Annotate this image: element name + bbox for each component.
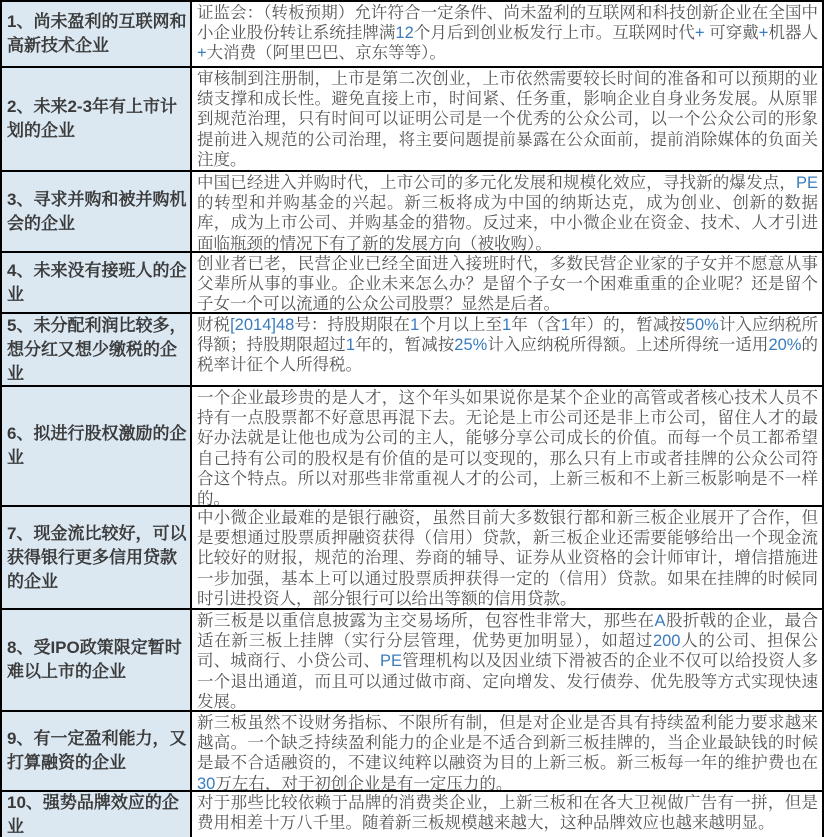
text-segment: 可穿戴 [705, 24, 759, 42]
text-segment: 中小微企业最难的是银行融资，虽然目前大多数银行都和新三板企业展开了合作，但是要想… [197, 509, 818, 608]
row-description-cell: 对于那些比较依赖于品牌的消费类企业，上新三板和在各大卫视做广告有一拼，但是费用相… [191, 791, 823, 837]
text-segment: 对于那些比较依赖于品牌的消费类企业，上新三板和在各大卫视做广告有一拼，但是费用相… [197, 794, 818, 832]
row-description-cell: 中国已经进入并购时代，上市公司的多元化发展和规模化效应，寻找新的爆发点，PE的转… [191, 171, 823, 252]
table-body: 1、尚未盈利的互联网和高新技术企业证监会：（转板预期）允许符合一定条件、尚未盈利… [1, 1, 823, 837]
text-segment: 年）的，暂减按 [570, 316, 686, 334]
row-title-cell: 6、拟进行股权激励的企业 [1, 386, 191, 506]
row-title-cell: 10、强势品牌效应的企业 [1, 791, 191, 837]
highlight-segment: 1 [502, 316, 511, 334]
row-title-inner: 4、未来没有接班人的企业 [2, 253, 190, 312]
highlight-segment: 1 [346, 336, 355, 354]
row-title-cell: 9、有一定盈利能力，又打算融资的企业 [1, 711, 191, 791]
highlight-segment: 25% [454, 336, 487, 354]
row-title-inner: 9、有一定盈利能力，又打算融资的企业 [2, 712, 190, 790]
row-description-cell: 一个企业最珍贵的是人才，这个年头如果说你是某个企业的高管或者核心技术人员不持有一… [191, 386, 823, 506]
row-title: 7、现金流比较好，可以获得银行更多信用贷款的企业 [7, 522, 188, 594]
text-segment: 的转型和并购基金的兴起。新三板将成为中国的纳斯达克，成为创业、创新的数据库，成为… [197, 194, 818, 251]
row-title-cell: 1、尚未盈利的互联网和高新技术企业 [1, 1, 191, 67]
row-description-cell: 财税[2014]48号：持股期限在1个月以上至1年（含1年）的，暂减按50%计入… [191, 313, 823, 386]
table-row: 5、未分配利润比较多，想分红又想少缴税的企业财税[2014]48号：持股期限在1… [1, 313, 823, 386]
row-title-inner: 1、尚未盈利的互联网和高新技术企业 [2, 2, 190, 66]
row-description-cell: 中小微企业最难的是银行融资，虽然目前大多数银行都和新三板企业展开了合作，但是要想… [191, 506, 823, 609]
text-segment: 新三板虽然不设财务指标、不限所有制，但是对企业是否具有持续盈利能力要求越来越高。… [197, 714, 818, 772]
row-title: 6、拟进行股权激励的企业 [7, 422, 188, 470]
highlight-segment: [2014]48 [230, 316, 294, 334]
text-segment: 万左右，对于初创企业是有一定压力的。 [215, 775, 512, 790]
highlight-segment: 1 [410, 316, 419, 334]
text-segment: 年（含 [511, 316, 561, 334]
row-title-cell: 2、未来2-3年有上市计划的企业 [1, 67, 191, 171]
highlight-segment: 12 [395, 24, 413, 42]
table-row: 8、受IPO政策限定暂时难以上市的企业新三板是以重信息披露为主交易场所，包容性非… [1, 609, 823, 711]
highlight-segment: + [197, 44, 207, 62]
row-description: 财税[2014]48号：持股期限在1个月以上至1年（含1年）的，暂减按50%计入… [192, 314, 822, 385]
row-description: 新三板虽然不设财务指标、不限所有制，但是对企业是否具有持续盈利能力要求越来越高。… [192, 712, 822, 790]
row-title: 10、强势品牌效应的企业 [7, 792, 188, 837]
row-description: 中小微企业最难的是银行融资，虽然目前大多数银行都和新三板企业展开了合作，但是要想… [192, 507, 822, 608]
highlight-segment: 20% [768, 336, 801, 354]
row-title: 4、未来没有接班人的企业 [7, 259, 188, 307]
text-segment: 个月后到创业板发行上市。互联网时代 [414, 24, 695, 42]
row-description-cell: 审核制到注册制，上市是第二次创业，上市依然需要较长时间的准备和可以预期的业绩支撑… [191, 67, 823, 171]
text-segment: 中国已经进入并购时代，上市公司的多元化发展和规模化效应，寻找新的爆发点， [197, 174, 796, 192]
text-segment: 一个企业最珍贵的是人才，这个年头如果说你是某个企业的高管或者核心技术人员不持有一… [197, 389, 818, 505]
row-title: 2、未来2-3年有上市计划的企业 [7, 95, 188, 143]
row-title: 1、尚未盈利的互联网和高新技术企业 [7, 10, 188, 58]
row-title-inner: 7、现金流比较好，可以获得银行更多信用贷款的企业 [2, 507, 190, 608]
table-row: 4、未来没有接班人的企业创业者已老，民营企业已经全面进入接班时代，多数民营企业家… [1, 252, 823, 313]
row-description: 对于那些比较依赖于品牌的消费类企业，上新三板和在各大卫视做广告有一拼，但是费用相… [192, 792, 822, 837]
row-description-cell: 证监会：（转板预期）允许符合一定条件、尚未盈利的互联网和科技创新企业在全国中小企… [191, 1, 823, 67]
text-segment: 新三板是以重信息披露为主交易场所，包容性非常大，那些在 [197, 612, 655, 630]
row-title-cell: 3、寻求并购和被并购机会的企业 [1, 171, 191, 252]
text-segment: 审核制到注册制，上市是第二次创业，上市依然需要较长时间的准备和可以预期的业绩支撑… [197, 70, 818, 169]
row-title-inner: 10、强势品牌效应的企业 [2, 792, 190, 837]
table-row: 10、强势品牌效应的企业对于那些比较依赖于品牌的消费类企业，上新三板和在各大卫视… [1, 791, 823, 837]
table-row: 2、未来2-3年有上市计划的企业审核制到注册制，上市是第二次创业，上市依然需要较… [1, 67, 823, 171]
table-row: 1、尚未盈利的互联网和高新技术企业证监会：（转板预期）允许符合一定条件、尚未盈利… [1, 1, 823, 67]
row-title: 9、有一定盈利能力，又打算融资的企业 [7, 727, 188, 775]
row-title-inner: 8、受IPO政策限定暂时难以上市的企业 [2, 610, 190, 710]
row-title-cell: 4、未来没有接班人的企业 [1, 252, 191, 313]
highlight-segment: PE [380, 652, 402, 670]
highlight-segment: PE [796, 174, 818, 192]
row-title-inner: 5、未分配利润比较多，想分红又想少缴税的企业 [2, 314, 190, 385]
row-title-inner: 3、寻求并购和被并购机会的企业 [2, 172, 190, 251]
highlight-segment: A [655, 612, 666, 630]
row-description-cell: 创业者已老，民营企业已经全面进入接班时代，多数民营企业家的子女并不愿意从事父辈所… [191, 252, 823, 313]
text-segment: 计入应纳税所得额。上述所得统一适用 [487, 336, 768, 354]
row-description: 创业者已老，民营企业已经全面进入接班时代，多数民营企业家的子女并不愿意从事父辈所… [192, 253, 822, 312]
table-row: 7、现金流比较好，可以获得银行更多信用贷款的企业中小微企业最难的是银行融资，虽然… [1, 506, 823, 609]
table-row: 6、拟进行股权激励的企业一个企业最珍贵的是人才，这个年头如果说你是某个企业的高管… [1, 386, 823, 506]
highlight-segment: 30 [197, 775, 215, 790]
text-segment: 财税 [197, 316, 230, 334]
row-title-cell: 5、未分配利润比较多，想分红又想少缴税的企业 [1, 313, 191, 386]
row-description: 新三板是以重信息披露为主交易场所，包容性非常大，那些在A股折戟的企业，最合适在新… [192, 610, 822, 710]
highlight-segment: + [759, 24, 769, 42]
row-title: 8、受IPO政策限定暂时难以上市的企业 [7, 636, 188, 684]
highlight-segment: 1 [561, 316, 570, 334]
text-segment: 年的，暂减按 [355, 336, 454, 354]
text-segment: 机器人 [768, 24, 818, 42]
row-title: 3、寻求并购和被并购机会的企业 [7, 188, 188, 236]
text-segment: 个月以上至 [419, 316, 502, 334]
row-description: 证监会：（转板预期）允许符合一定条件、尚未盈利的互联网和科技创新企业在全国中小企… [192, 2, 822, 66]
highlight-segment: 200 [653, 632, 681, 650]
row-title-inner: 6、拟进行股权激励的企业 [2, 387, 190, 505]
row-title: 5、未分配利润比较多，想分红又想少缴税的企业 [7, 314, 188, 385]
row-title-cell: 7、现金流比较好，可以获得银行更多信用贷款的企业 [1, 506, 191, 609]
row-description-cell: 新三板是以重信息披露为主交易场所，包容性非常大，那些在A股折戟的企业，最合适在新… [191, 609, 823, 711]
text-segment: 号：持股期限在 [294, 316, 410, 334]
text-segment: 创业者已老，民营企业已经全面进入接班时代，多数民营企业家的子女并不愿意从事父辈所… [197, 255, 818, 312]
row-title-cell: 8、受IPO政策限定暂时难以上市的企业 [1, 609, 191, 711]
enterprise-types-table: 1、尚未盈利的互联网和高新技术企业证监会：（转板预期）允许符合一定条件、尚未盈利… [0, 0, 824, 837]
row-description: 一个企业最珍贵的是人才，这个年头如果说你是某个企业的高管或者核心技术人员不持有一… [192, 387, 822, 505]
row-description-cell: 新三板虽然不设财务指标、不限所有制，但是对企业是否具有持续盈利能力要求越来越高。… [191, 711, 823, 791]
row-description: 中国已经进入并购时代，上市公司的多元化发展和规模化效应，寻找新的爆发点，PE的转… [192, 172, 822, 251]
highlight-segment: 50% [686, 316, 719, 334]
row-description: 审核制到注册制，上市是第二次创业，上市依然需要较长时间的准备和可以预期的业绩支撑… [192, 68, 822, 170]
table-row: 3、寻求并购和被并购机会的企业中国已经进入并购时代，上市公司的多元化发展和规模化… [1, 171, 823, 252]
text-segment: 大消费（阿里巴巴、京东等等）。 [207, 44, 446, 62]
highlight-segment: + [695, 24, 705, 42]
table-row: 9、有一定盈利能力，又打算融资的企业新三板虽然不设财务指标、不限所有制，但是对企… [1, 711, 823, 791]
row-title-inner: 2、未来2-3年有上市计划的企业 [2, 68, 190, 170]
